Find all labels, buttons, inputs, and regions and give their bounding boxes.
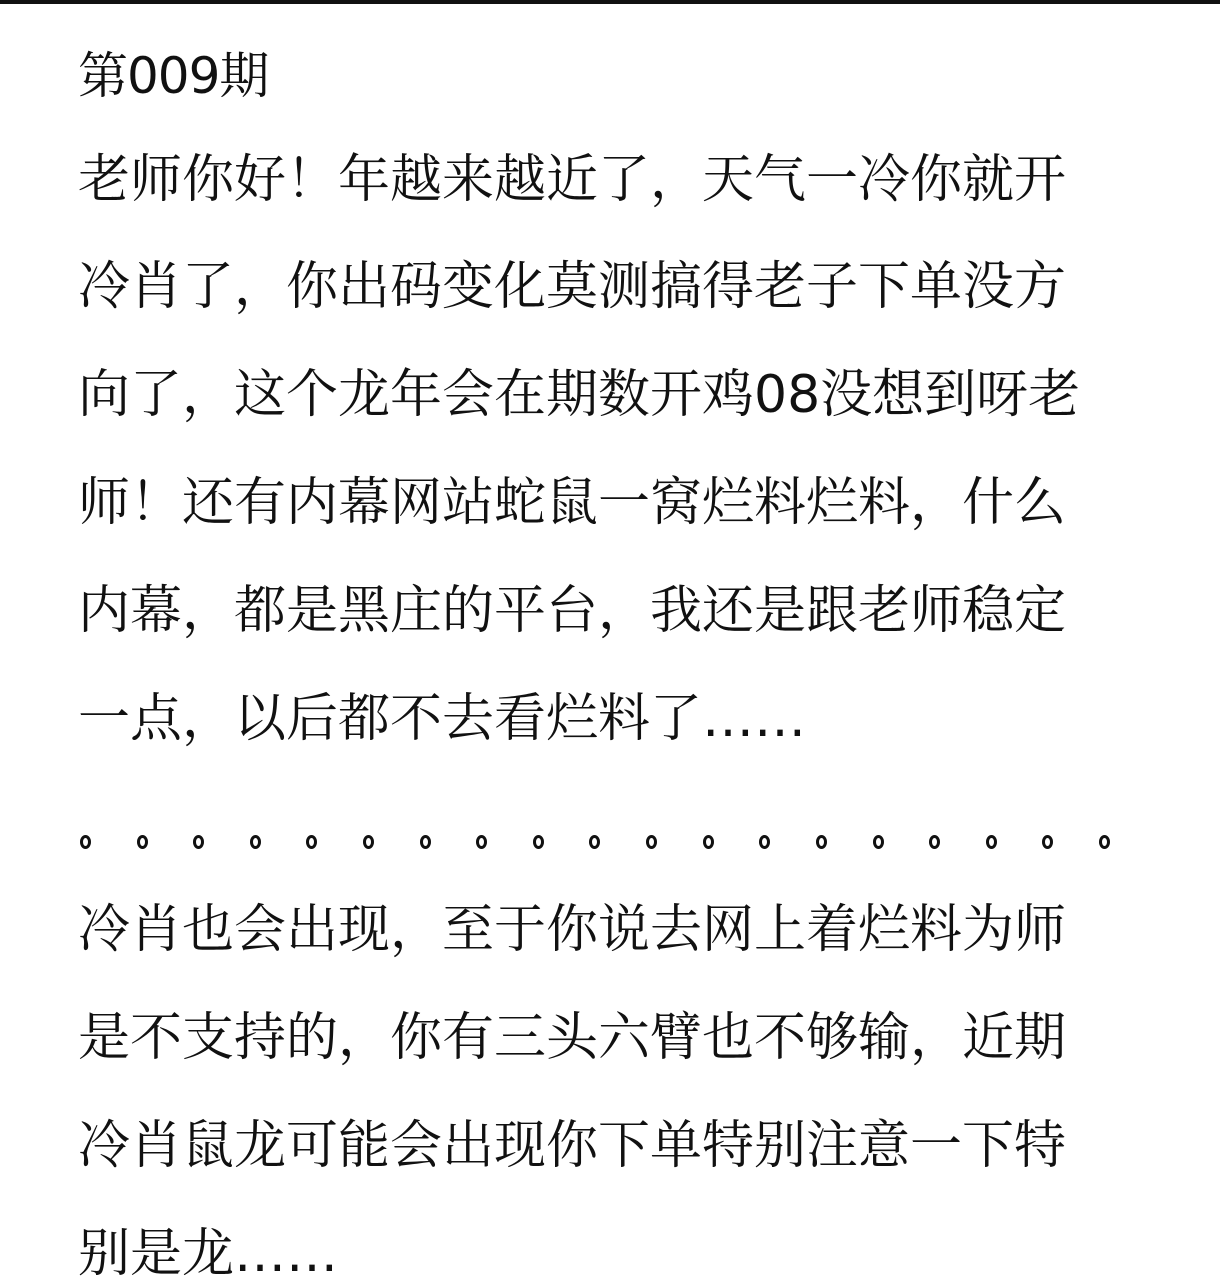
circle-dot-icon — [646, 835, 657, 849]
circle-dot-icon — [80, 835, 91, 849]
text-line: 内幕，都是黑庄的平台，我还是跟老师稳定 — [78, 576, 1066, 646]
text-line: 冷肖鼠龙可能会出现你下单特别注意一下特 — [78, 1111, 1066, 1181]
top-edge-bar — [0, 0, 1220, 4]
circle-dot-icon — [986, 835, 997, 849]
circle-dot-icon — [363, 835, 374, 849]
circle-dot-icon — [533, 835, 544, 849]
circle-dot-icon — [476, 835, 487, 849]
text-line: 向了，这个龙年会在期数开鸡08没想到呀老 — [78, 360, 1080, 430]
text-line: 师！还有内幕网站蛇鼠一窝烂料烂料，什么 — [78, 468, 1066, 538]
circle-dot-icon — [589, 835, 600, 849]
text-line: 是不支持的，你有三头六臂也不够输，近期 — [78, 1003, 1066, 1073]
text-line: 老师你好！年越来越近了，天气一冷你就开 — [78, 145, 1066, 215]
separator-circles — [80, 822, 1110, 862]
text-line: 冷肖也会出现，至于你说去网上着烂料为师 — [78, 895, 1066, 965]
text-line: 别是龙…… — [78, 1219, 338, 1284]
text-line: 冷肖了，你出码变化莫测搞得老子下单没方 — [78, 252, 1066, 322]
circle-dot-icon — [873, 835, 884, 849]
circle-dot-icon — [759, 835, 770, 849]
circle-dot-icon — [816, 835, 827, 849]
circle-dot-icon — [306, 835, 317, 849]
circle-dot-icon — [420, 835, 431, 849]
issue-title: 第009期 — [78, 46, 268, 106]
circle-dot-icon — [137, 835, 148, 849]
circle-dot-icon — [250, 835, 261, 849]
text-line: 一点，以后都不去看烂料了…… — [78, 684, 806, 754]
circle-dot-icon — [193, 835, 204, 849]
circle-dot-icon — [703, 835, 714, 849]
circle-dot-icon — [1099, 835, 1110, 849]
circle-dot-icon — [1042, 835, 1053, 849]
circle-dot-icon — [929, 835, 940, 849]
